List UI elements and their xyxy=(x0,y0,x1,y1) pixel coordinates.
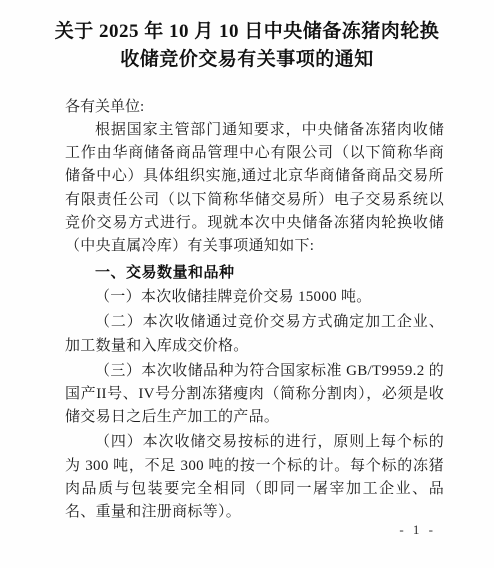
notice-item-1: （一）本次收储挂牌竞价交易 15000 吨。 xyxy=(65,286,444,309)
notice-item-2: （二）本次收储通过竞价交易方式确定加工企业、加工数量和入库成交价格。 xyxy=(65,311,444,357)
notice-document: 关于 2025 年 10 月 10 日中央储备冻猪肉轮换 收储竞价交易有关事项的… xyxy=(0,0,494,568)
notice-title: 关于 2025 年 10 月 10 日中央储备冻猪肉轮换 收储竞价交易有关事项的… xyxy=(50,18,444,74)
notice-title-line1: 关于 2025 年 10 月 10 日中央储备冻猪肉轮换 xyxy=(50,18,444,46)
notice-title-line2: 收储竞价交易有关事项的通知 xyxy=(50,46,444,74)
intro-paragraph: 根据国家主管部门通知要求，中央储备冻猪肉收储工作由华商储备商品管理中心有限公司（… xyxy=(65,119,444,258)
section-heading-1: 一、交易数量和品种 xyxy=(65,261,444,284)
notice-item-4: （四）本次收储交易按标的进行，原则上每个标的为 300 吨，不足 300 吨的按… xyxy=(65,431,444,524)
salutation: 各有关单位: xyxy=(65,96,444,119)
page-number: - 1 - xyxy=(399,522,436,538)
notice-item-3: （三）本次收储品种为符合国家标准 GB/T9959.2 的国产II号、IV号分割… xyxy=(65,360,444,430)
